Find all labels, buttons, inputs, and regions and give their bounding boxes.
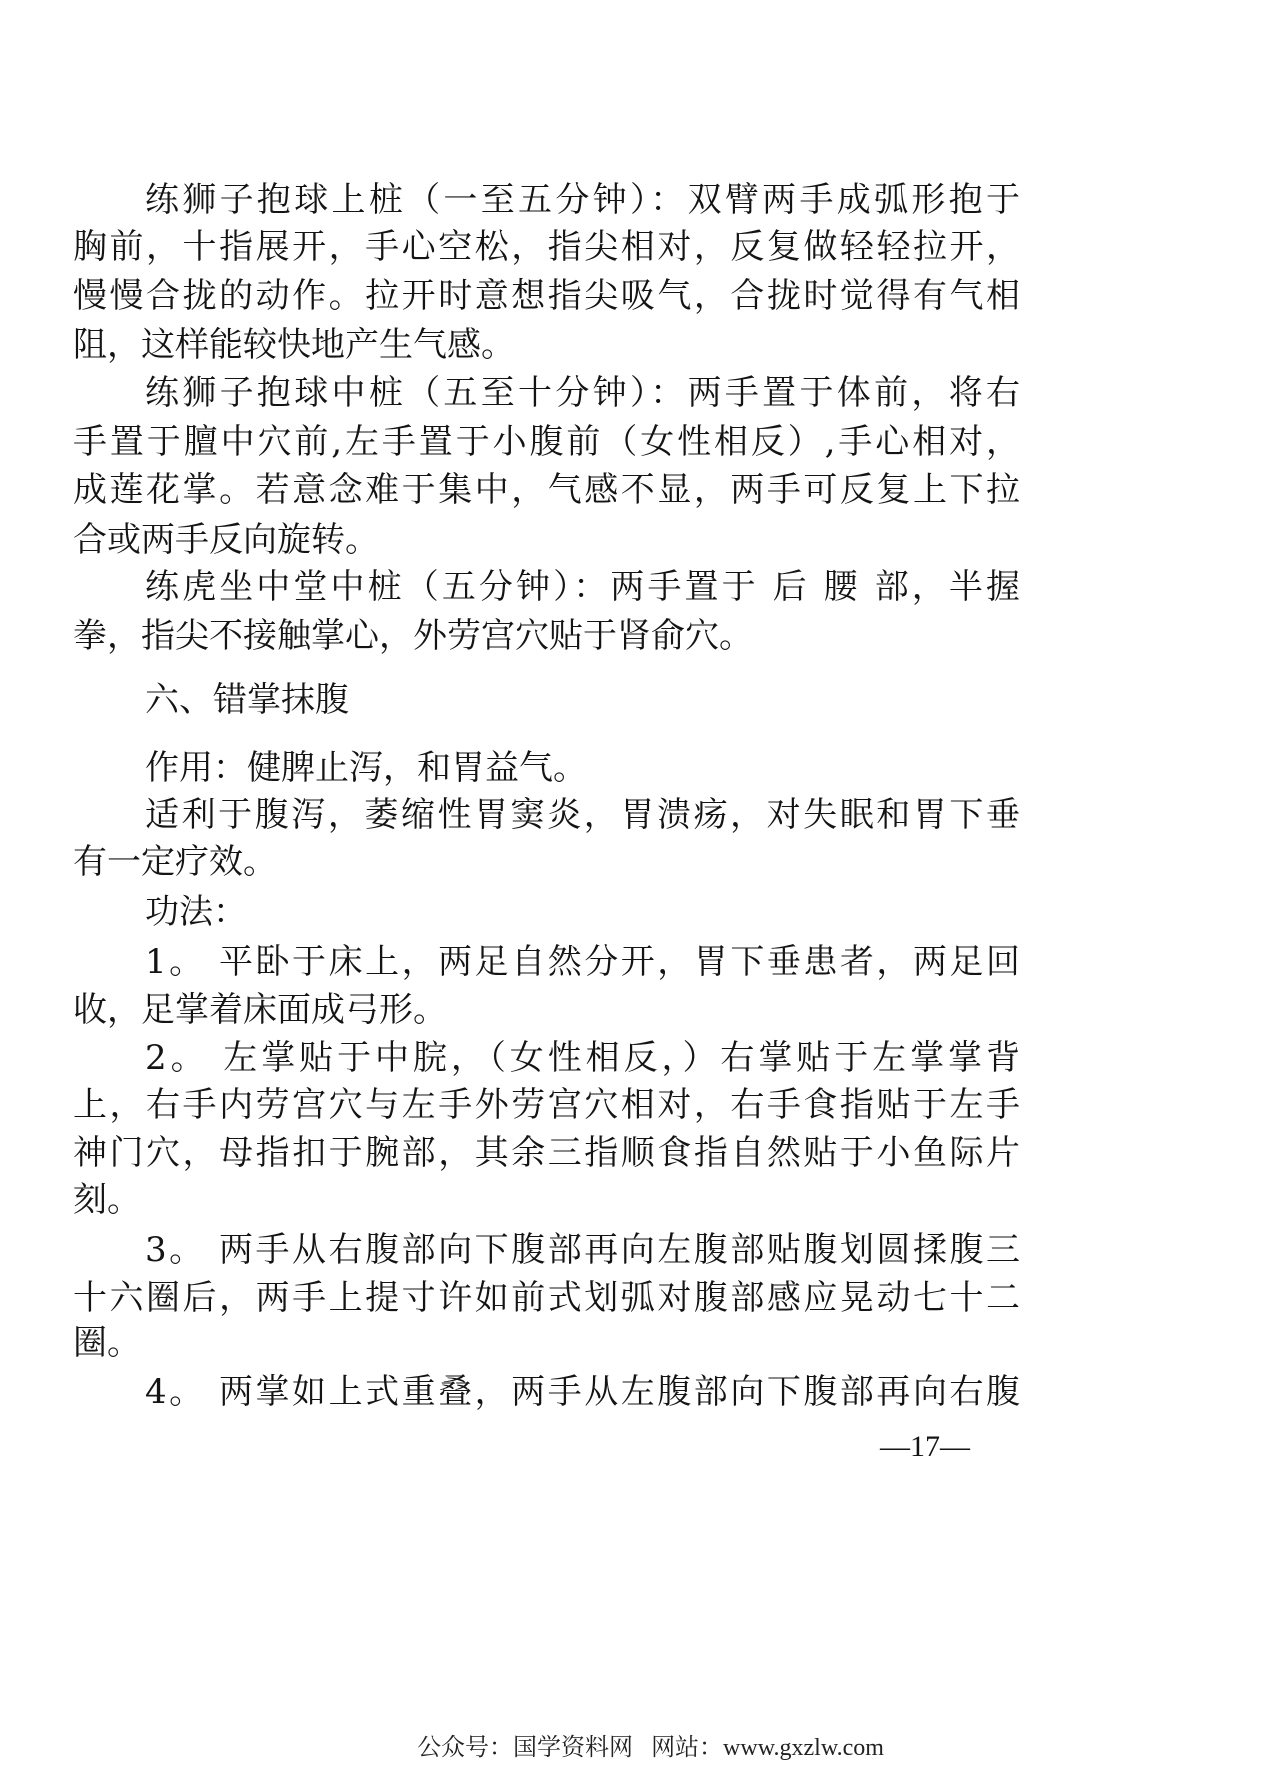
text-line: 刻。 <box>73 1176 1020 1224</box>
text-line: 十六圈后，两手上提寸许如前式划弧对腹部感应晃动七十二 <box>73 1274 1020 1322</box>
text-line: 练狮子抱球上桩（一至五分钟）：双臂两手成弧形抱于 <box>145 176 1020 224</box>
page-number: —17— <box>880 1425 970 1469</box>
text-line: 3。 两手从右腹部向下腹部再向左腹部贴腹划圆揉腹三 <box>145 1226 1020 1274</box>
footer-wechat: 公众号：国学资料网 <box>417 1735 633 1761</box>
text-line: 功法： <box>145 888 1020 936</box>
text-line: 拳，指尖不接触掌心，外劳宫穴贴于肾俞穴。 <box>73 612 1020 660</box>
text-line: 有一定疗效。 <box>73 838 1020 886</box>
footer-website[interactable]: 网站：www.gxzlw.com <box>651 1735 884 1761</box>
document-page: 练狮子抱球上桩（一至五分钟）：双臂两手成弧形抱于胸前，十指展开，手心空松，指尖相… <box>0 0 1261 1781</box>
text-line: 适利于腹泻，萎缩性胃窦炎，胃溃疡，对失眠和胃下垂 <box>145 791 1020 839</box>
text-line: 阻，这样能较快地产生气感。 <box>73 321 1020 369</box>
text-line: 胸前，十指展开，手心空松，指尖相对，反复做轻轻拉开， <box>73 223 1020 271</box>
text-line: 神门穴，母指扣于腕部，其余三指顺食指自然贴于小鱼际片 <box>73 1129 1020 1177</box>
text-line: 作用：健脾止泻，和胃益气。 <box>145 744 1020 792</box>
text-line: 合或两手反向旋转。 <box>73 516 1020 564</box>
text-line: 上，右手内劳宫穴与左手外劳宫穴相对，右手食指贴于左手 <box>73 1081 1020 1129</box>
text-line: 4。 两掌如上式重叠，两手从左腹部向下腹部再向右腹 <box>145 1368 1020 1416</box>
text-line: 2。 左掌贴于中脘，（女性相反，）右掌贴于左掌掌背 <box>145 1034 1020 1082</box>
text-line: 手置于膻中穴前,左手置于小腹前（女性相反）,手心相对， <box>73 418 1020 466</box>
text-line: 圈。 <box>73 1319 1020 1367</box>
text-line: 慢慢合拢的动作。拉开时意想指尖吸气，合拢时觉得有气相 <box>73 272 1020 320</box>
footer-watermark: 公众号：国学资料网 网站：www.gxzlw.com <box>0 1728 1261 1768</box>
text-line: 收，足掌着床面成弓形。 <box>73 986 1020 1034</box>
text-line: 练狮子抱球中桩（五至十分钟）：两手置于体前，将右 <box>145 369 1020 417</box>
text-line: 1。 平卧于床上，两足自然分开，胃下垂患者，两足回 <box>145 938 1020 986</box>
text-line: 练虎坐中堂中桩（五分钟）：两手置于 后 腰 部，半握 <box>145 563 1020 611</box>
text-line: 成莲花掌。若意念难于集中，气感不显，两手可反复上下拉 <box>73 466 1020 514</box>
section-heading: 六、错掌抹腹 <box>145 676 545 724</box>
